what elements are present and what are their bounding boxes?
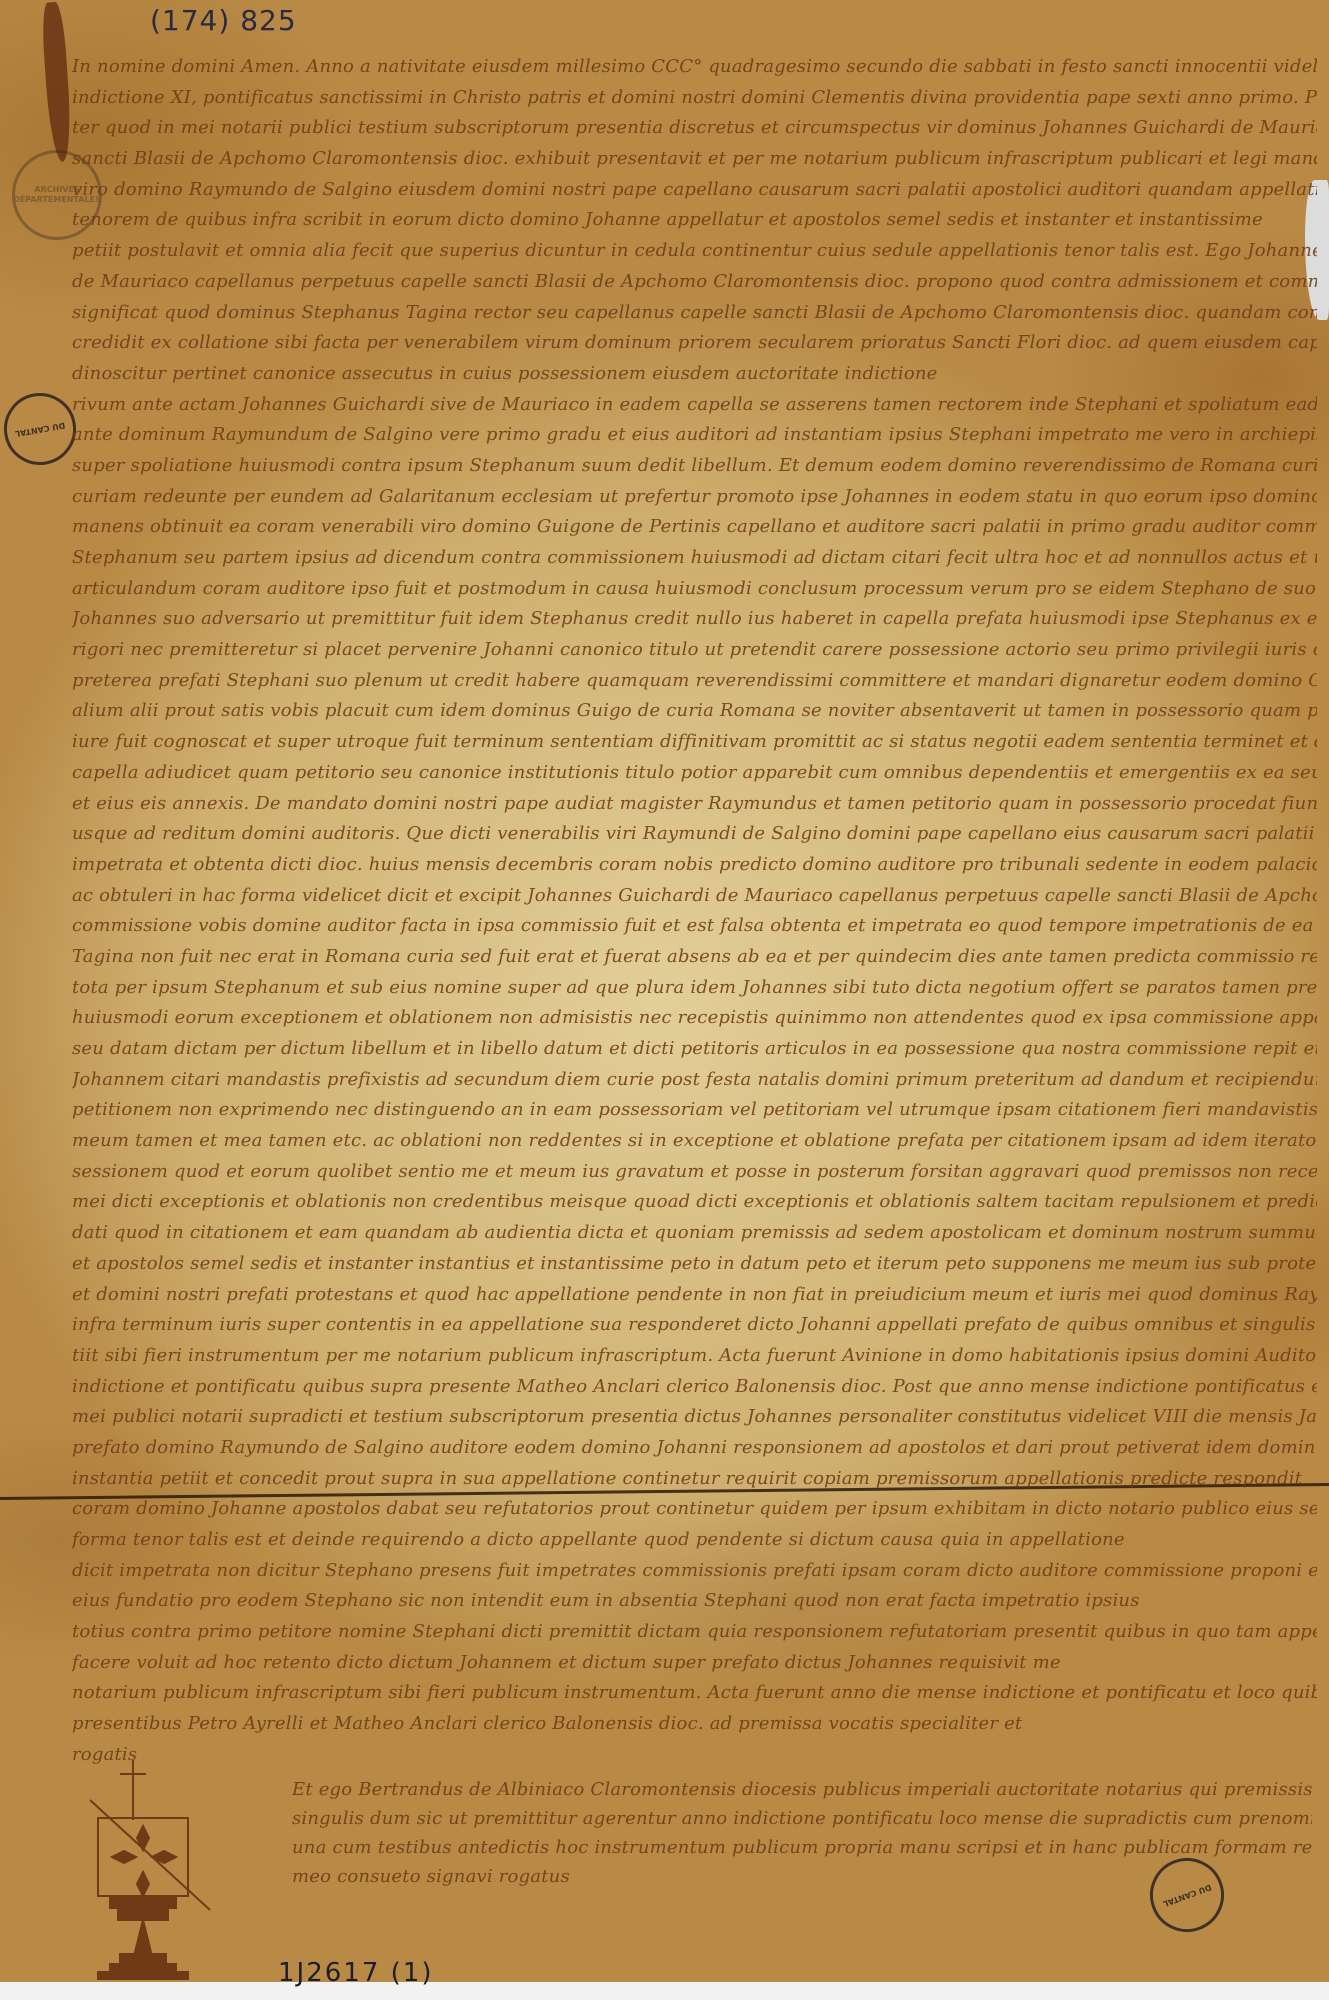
text-line: alium alii prout satis vobis placuit cum… — [72, 696, 1317, 727]
text-line: tota per ipsum Stephanum et sub eius nom… — [72, 973, 1317, 1004]
shelfmark-bottom: 1J2617 (1) — [278, 1958, 433, 1988]
text-line: indictione et pontificatu quibus supra p… — [72, 1372, 1317, 1403]
text-line: preterea prefati Stephani suo plenum ut … — [72, 666, 1317, 697]
text-line: tiit sibi fieri instrumentum per me nota… — [72, 1341, 1317, 1372]
notarial-signum-icon — [90, 1760, 220, 1980]
text-line: notarium publicum infrascriptum sibi fie… — [72, 1678, 1317, 1709]
text-line: impetrata et obtenta dicti dioc. huius m… — [72, 850, 1317, 881]
text-line: petiit postulavit et omnia alia fecit qu… — [72, 236, 1317, 267]
text-line: rivum ante actam Johannes Guichardi sive… — [72, 390, 1317, 421]
text-line: totius contra primo petitore nomine Step… — [72, 1617, 1317, 1648]
text-line: meum tamen et mea tamen etc. ac oblation… — [72, 1126, 1317, 1157]
text-line: Johannem citari mandastis prefixistis ad… — [72, 1065, 1317, 1096]
text-line: et eius eis annexis. De mandato domini n… — [72, 789, 1317, 820]
text-line: curiam redeunte per eundem ad Galaritanu… — [72, 482, 1317, 513]
text-line: ac obtuleri in hac forma videlicet dicit… — [72, 881, 1317, 912]
text-line: Tagina non fuit nec erat in Romana curia… — [72, 942, 1317, 973]
instrument-body: In nomine domini Amen. Anno a nativitate… — [72, 52, 1317, 1771]
text-line: rogatis — [72, 1740, 1317, 1771]
text-line: huiusmodi eorum exceptionem et oblatione… — [72, 1003, 1317, 1034]
text-line: dicit impetrata non dicitur Stephano pre… — [72, 1556, 1317, 1587]
text-line: facere voluit ad hoc retento dicto dictu… — [72, 1648, 1317, 1679]
text-line: significat quod dominus Stephanus Tagina… — [72, 298, 1317, 329]
text-line: prefato domino Raymundo de Salgino audit… — [72, 1433, 1317, 1464]
text-line: capella adiudicet quam petitorio seu can… — [72, 758, 1317, 789]
text-line: seu datam dictam per dictum libellum et … — [72, 1034, 1317, 1065]
text-line: manens obtinuit ea coram venerabili viro… — [72, 512, 1317, 543]
shelfmark-top: (174) 825 — [150, 4, 297, 37]
text-line: forma tenor talis est et deinde requiren… — [72, 1525, 1317, 1556]
text-line: petitionem non exprimendo nec distinguen… — [72, 1095, 1317, 1126]
subscription-line: singulis dum sic ut premittitur agerentu… — [292, 1804, 1312, 1833]
text-line: credidit ex collatione sibi facta per ve… — [72, 328, 1317, 359]
text-line: mei publici notarii supradicti et testiu… — [72, 1402, 1317, 1433]
text-line: usque ad reditum domini auditoris. Que d… — [72, 819, 1317, 850]
text-line: mei dicti exceptionis et oblationis non … — [72, 1187, 1317, 1218]
text-line: Johannes suo adversario ut premittitur f… — [72, 604, 1317, 635]
subscription-line: una cum testibus antedictis hoc instrume… — [292, 1833, 1312, 1862]
text-line: rigori nec premitteretur si placet perve… — [72, 635, 1317, 666]
text-line: ante dominum Raymundum de Salgino vere p… — [72, 420, 1317, 451]
text-line: tenorem de quibus infra scribit in eorum… — [72, 205, 1317, 236]
text-line: sancti Blasii de Apchomo Claromontensis … — [72, 144, 1317, 175]
text-line: presentibus Petro Ayrelli et Matheo Ancl… — [72, 1709, 1317, 1740]
text-line: infra terminum iuris super contentis in … — [72, 1310, 1317, 1341]
text-line: eius fundatio pro eodem Stephano sic non… — [72, 1586, 1317, 1617]
text-line: In nomine domini Amen. Anno a nativitate… — [72, 52, 1317, 83]
text-line: dinoscitur pertinet canonice assecutus i… — [72, 359, 1317, 390]
text-line: et apostolos semel sedis et instanter in… — [72, 1249, 1317, 1280]
text-line: instantia petiit et concedit prout supra… — [72, 1464, 1317, 1495]
text-line: super spoliatione huiusmodi contra ipsum… — [72, 451, 1317, 482]
text-line: et domini nostri prefati protestans et q… — [72, 1280, 1317, 1311]
text-line: dati quod in citationem et eam quandam a… — [72, 1218, 1317, 1249]
text-line: articulandum coram auditore ipso fuit et… — [72, 574, 1317, 605]
text-line: sessionem quod et eorum quolibet sentio … — [72, 1157, 1317, 1188]
text-line: de Mauriaco capellanus perpetuus capelle… — [72, 267, 1317, 298]
text-line: ter quod in mei notarii publici testium … — [72, 113, 1317, 144]
text-line: iure fuit cognoscat et super utroque fui… — [72, 727, 1317, 758]
subscription-line: Et ego Bertrandus de Albiniaco Claromont… — [292, 1775, 1312, 1804]
text-line: indictione XI, pontificatus sanctissimi … — [72, 83, 1317, 114]
text-line: commissione vobis domine auditor facta i… — [72, 911, 1317, 942]
text-line: viro domino Raymundo de Salgino eiusdem … — [72, 175, 1317, 206]
text-line: Stephanum seu partem ipsius ad dicendum … — [72, 543, 1317, 574]
text-line: coram domino Johanne apostolos dabat seu… — [72, 1494, 1317, 1525]
